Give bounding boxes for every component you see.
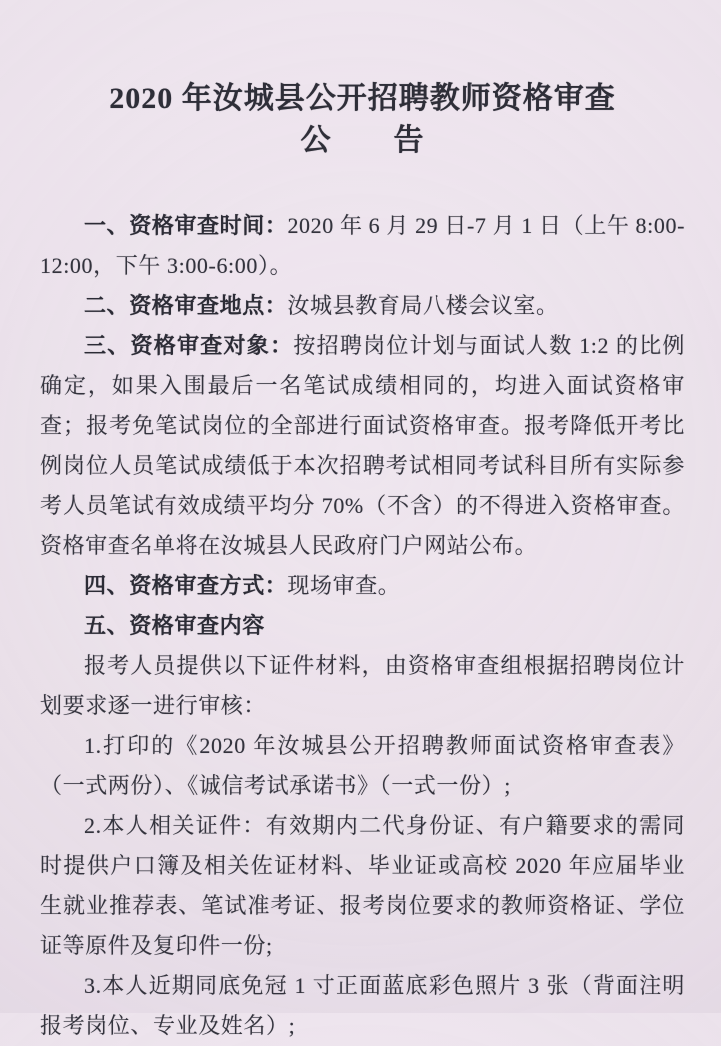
paragraph-text: 3.本人近期同底免冠 1 寸正面蓝底彩色照片 3 张（背面注明报考岗位、专业及姓… [40, 973, 685, 1013]
paragraph-text: 报考人员提供以下证件材料，由资格审查组根据招聘岗位计划要求逐一进行审核： [40, 653, 685, 718]
paragraph-text: 1.打印的《2020 年汝城县公开招聘教师面试资格审查表》（一式两份）、《诚信考… [40, 733, 685, 798]
document-body: 一、资格审查时间：2020 年 6 月 29 日-7 月 1 日（上午 8:00… [40, 206, 685, 1013]
section-heading: 一、资格审查时间： [84, 213, 287, 238]
section-heading: 二、资格审查地点： [84, 293, 287, 318]
document-title: 2020 年汝城县公开招聘教师资格审查 公 告 [40, 78, 685, 162]
paragraph-text: 现场审查。 [287, 573, 400, 598]
document-title-line2: 公 告 [40, 120, 685, 162]
paragraph: 五、资格审查内容 [40, 606, 685, 646]
paragraph: 四、资格审查方式：现场审查。 [40, 566, 685, 606]
paragraph-text: 按招聘岗位计划与面试人数 1:2 的比例确定，如果入围最后一名笔试成绩相同的，均… [40, 333, 685, 558]
section-heading: 五、资格审查内容 [84, 613, 265, 638]
paragraph: 3.本人近期同底免冠 1 寸正面蓝底彩色照片 3 张（背面注明报考岗位、专业及姓… [40, 966, 685, 1013]
paragraph: 2.本人相关证件：有效期内二代身份证、有户籍要求的需同时提供户口簿及相关佐证材料… [40, 806, 685, 966]
paragraph: 报考人员提供以下证件材料，由资格审查组根据招聘岗位计划要求逐一进行审核： [40, 646, 685, 726]
paragraph: 1.打印的《2020 年汝城县公开招聘教师面试资格审查表》（一式两份）、《诚信考… [40, 726, 685, 806]
paragraph: 一、资格审查时间：2020 年 6 月 29 日-7 月 1 日（上午 8:00… [40, 206, 685, 286]
scanned-document-page: 2020 年汝城县公开招聘教师资格审查 公 告 一、资格审查时间：2020 年 … [0, 0, 721, 1013]
paragraph-text: 2.本人相关证件：有效期内二代身份证、有户籍要求的需同时提供户口簿及相关佐证材料… [40, 813, 685, 958]
section-heading: 四、资格审查方式： [84, 573, 287, 598]
document-title-line1: 2020 年汝城县公开招聘教师资格审查 [40, 78, 685, 120]
paragraph: 二、资格审查地点：汝城县教育局八楼会议室。 [40, 286, 685, 326]
section-heading: 三、资格审查对象： [84, 333, 293, 358]
paragraph: 三、资格审查对象：按招聘岗位计划与面试人数 1:2 的比例确定，如果入围最后一名… [40, 326, 685, 566]
paragraph-text: 汝城县教育局八楼会议室。 [287, 293, 558, 318]
